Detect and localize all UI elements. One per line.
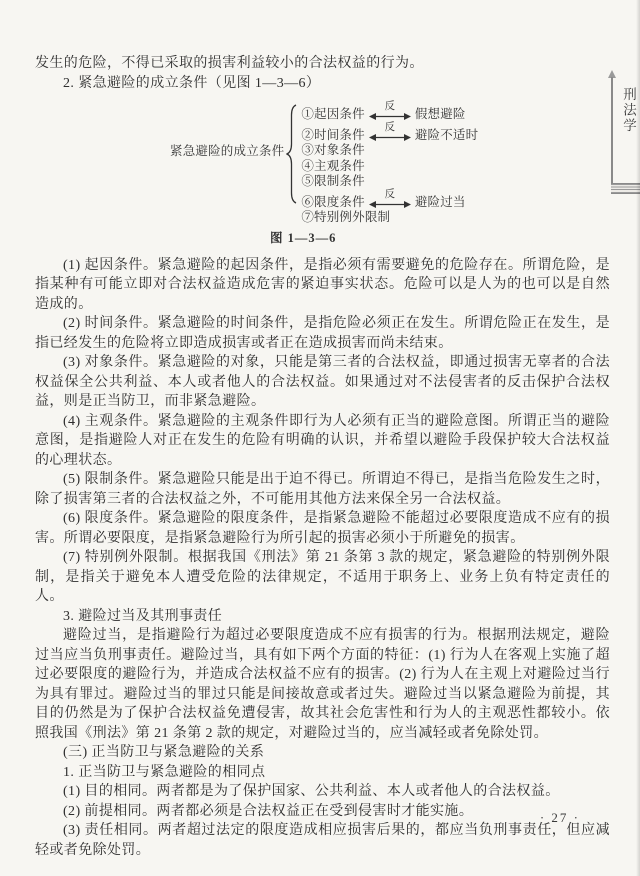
opposite-relation: 反 bbox=[369, 190, 411, 209]
opposite-relation: 反 bbox=[369, 123, 411, 142]
opposite-relation: 反 bbox=[369, 102, 411, 121]
arrow-caption: 反 bbox=[384, 102, 395, 112]
paragraph-same-purpose: (1) 目的相同。两者都是为了保护国家、公共利益、本人或者他人的合法权益。 bbox=[35, 782, 610, 802]
page-number: · 27 · bbox=[540, 810, 580, 826]
page-edge-shadow bbox=[636, 0, 640, 876]
arrow-caption: 反 bbox=[384, 123, 395, 133]
paragraph-limit-condition: (6) 限度条件。紧急避险的限度条件，是指紧急避险不能超过必要限度造成不应有的损… bbox=[35, 509, 610, 548]
figure-row-cause: ①起因条件 反 假想避险 bbox=[301, 102, 478, 121]
tab-subject-label: 刑法学 bbox=[618, 87, 638, 136]
subheading-relationship: (三) 正当防卫与紧急避险的关系 bbox=[35, 743, 610, 763]
figure-row-restriction: ⑤限制条件 bbox=[301, 174, 478, 188]
book-page: 发生的危险，不得已采取的损害利益较小的合法权益的行为。 2. 紧急避险的成立条件… bbox=[0, 0, 640, 876]
paragraph-object-condition: (3) 对象条件。紧急避险的对象，只能是第三者的合法权益，即通过损害无辜者的合法… bbox=[35, 353, 610, 412]
brace-icon bbox=[286, 104, 297, 204]
paragraph-time-condition: (2) 时间条件。紧急避险的时间条件，是指危险必须正在发生。所谓危险正在发生，是… bbox=[35, 314, 610, 353]
section-heading: 2. 紧急避险的成立条件（见图 1—3—6） bbox=[35, 74, 610, 94]
double-arrow-icon bbox=[369, 133, 411, 142]
figure-1-3-6: 紧急避险的成立条件 ①起因条件 反 假想避险 bbox=[170, 102, 610, 245]
paragraph-same-responsibility: (3) 责任相同。两者超过法定的限度造成相应损害后果的，都应当负刑事责任，但应减… bbox=[35, 821, 610, 860]
figure-row-label: ⑥限度条件 bbox=[301, 195, 365, 209]
figure-row-label: ①起因条件 bbox=[301, 107, 365, 121]
figure-row-label: ⑦特别例外限制 bbox=[301, 210, 390, 224]
figure-row-target: 避险过当 bbox=[415, 195, 466, 209]
figure-row-target: 假想避险 bbox=[415, 107, 466, 121]
subheading-excessive-avoidance: 3. 避险过当及其刑事责任 bbox=[35, 607, 610, 627]
arrow-caption: 反 bbox=[384, 190, 395, 200]
paragraph-special-exception: (7) 特别例外限制。根据我国《刑法》第 21 条第 3 款的规定，紧急避险的特… bbox=[35, 548, 610, 607]
paragraph-cause-condition: (1) 起因条件。紧急避险的起因条件，是指必须有需要避免的危险存在。所谓危险，是… bbox=[35, 256, 610, 315]
figure-diagram: 紧急避险的成立条件 ①起因条件 反 假想避险 bbox=[170, 102, 610, 226]
figure-items: ①起因条件 反 假想避险 ②时间条件 反 bbox=[301, 102, 478, 226]
tab-vertical-line bbox=[611, 77, 613, 184]
figure-row-special-exception: ⑦特别例外限制 bbox=[301, 210, 478, 224]
figure-row-label: ③对象条件 bbox=[301, 143, 365, 157]
double-arrow-icon bbox=[369, 200, 411, 209]
paragraph-same-premise: (2) 前提相同。两者都必须是合法权益正在受到侵害时才能实施。 bbox=[35, 802, 610, 822]
paragraph-restriction-condition: (5) 限制条件。紧急避险只能是出于迫不得已。所谓迫不得已，是指当危险发生之时，… bbox=[35, 470, 610, 509]
figure-root-label: 紧急避险的成立条件 bbox=[170, 144, 284, 158]
figure-row-object: ③对象条件 bbox=[301, 143, 478, 157]
figure-row-target: 避险不适时 bbox=[415, 128, 479, 142]
subheading-similarities: 1. 正当防卫与紧急避险的相同点 bbox=[35, 763, 610, 783]
figure-row-label: ②时间条件 bbox=[301, 128, 365, 142]
figure-row-label: ④主观条件 bbox=[301, 159, 365, 173]
continuation-line: 发生的危险，不得已采取的损害利益较小的合法权益的行为。 bbox=[35, 54, 610, 74]
figure-row-time: ②时间条件 反 避险不适时 bbox=[301, 123, 478, 142]
double-arrow-icon bbox=[369, 112, 411, 121]
figure-row-label: ⑤限制条件 bbox=[301, 174, 365, 188]
figure-row-limit: ⑥限度条件 反 避险过当 bbox=[301, 190, 478, 209]
paragraph-excessive-avoidance: 避险过当，是指避险行为超过必要限度造成不应有损害的行为。根据刑法规定，避险过当应… bbox=[35, 626, 610, 743]
paragraph-subjective-condition: (4) 主观条件。紧急避险的主观条件即行为人必须有正当的避险意图。所谓正当的避险… bbox=[35, 412, 610, 471]
figure-row-subjective: ④主观条件 bbox=[301, 159, 478, 173]
figure-caption: 图 1—3—6 bbox=[270, 231, 610, 245]
